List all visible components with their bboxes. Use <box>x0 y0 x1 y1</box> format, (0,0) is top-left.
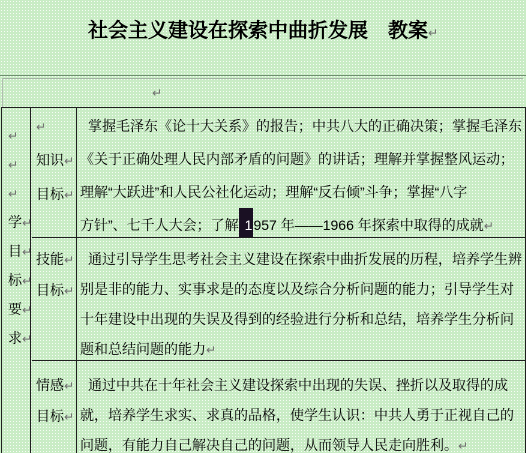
paragraph-mark-icon: ↵ <box>22 245 32 259</box>
label-line: 技能↵ <box>36 244 76 275</box>
objectives-table: ↵ ↵ ↵ 学↵ 目↵ 标↵ 要↵ 求↵ ↵ 知识↵ 目标↵ 掌握毛泽东《论十大… <box>1 107 526 453</box>
paragraph-mark-icon: ↵ <box>64 410 74 424</box>
vertical-label-char: 标↵ <box>8 266 30 295</box>
vertical-label-char: 目↵ <box>8 237 30 266</box>
row-header-cell-goals[interactable]: ↵ ↵ ↵ 学↵ 目↵ 标↵ 要↵ 求↵ <box>2 108 31 453</box>
text-line[interactable]: 十年建设中出现的失误及得到的经验进行分析和总结，培养学生分析问 <box>80 304 525 334</box>
label-line: 目标↵ <box>36 275 76 306</box>
text-line[interactable]: 就，培养学生求实、求真的品格，使学生认识：中共人勇于正视自己的 <box>80 400 525 430</box>
content-cell-skill[interactable]: 通过引导学生思考社会主义建设在探索中曲折发展的历程，培养学生辨 别是非的能力、实… <box>77 238 525 360</box>
paragraph-mark-icon: ↵ <box>36 120 46 134</box>
paragraph-mark-icon: ↵ <box>8 158 18 172</box>
paragraph-mark-icon: ↵ <box>22 216 32 230</box>
paragraph-mark-icon: ↵ <box>64 154 74 168</box>
paragraph-mark-icon: ↵ <box>64 188 74 202</box>
text-line[interactable]: 问题，有能力自己解决自己的问题，从而领导人民走向胜利。↵ <box>80 430 525 453</box>
label-line: 知识↵ <box>36 144 76 178</box>
paragraph-mark-icon: ↵ <box>64 284 74 298</box>
paragraph-mark-icon: ↵ <box>458 439 468 453</box>
text-line[interactable]: 《关于正确处理人民内部矛盾的问题》的讲话；理解并掌握整风运动； <box>80 143 525 176</box>
content-cell-knowledge[interactable]: 掌握毛泽东《论十大关系》的报告；中共八大的正确决策；掌握毛泽东 《关于正确处理人… <box>77 108 525 237</box>
empty-paragraph: ↵ <box>8 121 30 150</box>
label-cell-skill[interactable]: 技能↵ 目标↵ <box>32 238 77 360</box>
text-line[interactable]: 方针”、七千人大会；了解1957 年——1966 年探索中取得的成就↵ <box>80 209 525 237</box>
body-frame-line <box>2 78 523 79</box>
label-line: 情感↵ <box>36 370 76 401</box>
label-line: 目标↵ <box>36 178 76 212</box>
table-row-skill: 技能↵ 目标↵ 通过引导学生思考社会主义建设在探索中曲折发展的历程，培养学生辨 … <box>32 238 525 361</box>
empty-paragraph: ↵ <box>8 179 30 208</box>
title-line: 社会主义建设在探索中曲折发展 教案↵ <box>0 14 526 43</box>
document-page: 社会主义建设在探索中曲折发展 教案↵ ↵ ↵ ↵ ↵ 学↵ 目↵ 标↵ 要↵ 求… <box>0 0 526 453</box>
selected-text[interactable]: 1 <box>239 208 254 237</box>
text-line[interactable]: 掌握毛泽东《论十大关系》的报告；中共八大的正确决策；掌握毛泽东 <box>80 110 525 143</box>
table-row-knowledge: ↵ 知识↵ 目标↵ 掌握毛泽东《论十大关系》的报告；中共八大的正确决策；掌握毛泽… <box>32 108 525 238</box>
label-cell-emotion[interactable]: 情感↵ 目标↵ <box>32 361 77 453</box>
paragraph-mark-icon: ↵ <box>206 343 216 357</box>
paragraph-mark-icon: ↵ <box>22 332 32 346</box>
paragraph-mark-icon: ↵ <box>152 86 162 100</box>
paragraph-mark-icon: ↵ <box>22 303 32 317</box>
paragraph-mark-icon: ↵ <box>22 274 32 288</box>
vertical-label-char: 要↵ <box>8 295 30 324</box>
paragraph-mark-icon: ↵ <box>8 187 18 201</box>
text-line[interactable]: 别是非的能力、实事求是的态度以及综合分析问题的能力；引导学生对 <box>80 274 525 304</box>
paragraph-mark-icon: ↵ <box>64 379 74 393</box>
vertical-label-char: 学↵ <box>8 208 30 237</box>
paragraph-mark-icon: ↵ <box>484 219 494 233</box>
body-frame-left-line <box>2 78 3 107</box>
text-line[interactable]: 通过中共在十年社会主义建设探索中出现的失误、挫折以及取得的成 <box>80 370 525 400</box>
page-title[interactable]: 社会主义建设在探索中曲折发展 教案 <box>88 20 428 42</box>
text-line[interactable]: 通过引导学生思考社会主义建设在探索中曲折发展的历程，培养学生辨 <box>80 244 525 274</box>
text-line[interactable]: 理解“大跃进”和人民公社化运动；理解“反右倾”斗争；掌握“八字 <box>80 176 525 209</box>
empty-paragraph: ↵ <box>36 110 76 144</box>
empty-paragraph: ↵ <box>8 150 30 179</box>
paragraph-mark-icon: ↵ <box>64 253 74 267</box>
label-line: 目标↵ <box>36 401 76 432</box>
label-cell-knowledge[interactable]: ↵ 知识↵ 目标↵ <box>32 108 77 237</box>
paragraph-mark-icon: ↵ <box>8 129 18 143</box>
header-separator-line <box>0 75 526 76</box>
content-cell-emotion[interactable]: 通过中共在十年社会主义建设探索中出现的失误、挫折以及取得的成 就，培养学生求实、… <box>77 361 525 453</box>
paragraph-mark-icon: ↵ <box>428 26 438 40</box>
text-line[interactable]: 题和总结问题的能力↵ <box>80 334 525 360</box>
vertical-label-char: 求↵ <box>8 324 30 353</box>
table-row-emotion: 情感↵ 目标↵ 通过中共在十年社会主义建设探索中出现的失误、挫折以及取得的成 就… <box>32 361 525 453</box>
